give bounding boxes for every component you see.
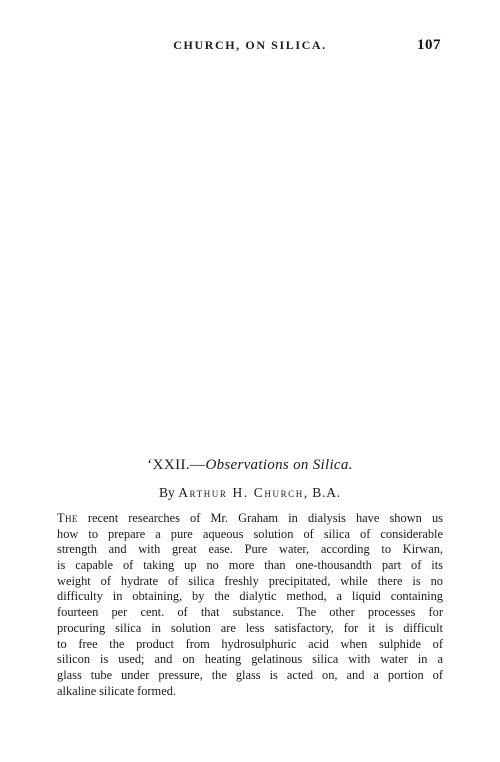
byline-suffix: , B.A. bbox=[304, 485, 341, 500]
body-line: silicon is used; and on heating gelatino… bbox=[57, 652, 443, 668]
page-number: 107 bbox=[417, 37, 441, 54]
article-title: ‘XXII.—Observations on Silica. bbox=[57, 456, 443, 475]
body-line: alkaline silicate formed. bbox=[57, 684, 443, 700]
scanned-journal-page: CHURCH, ON SILICA. 107 ‘XXII.—Observatio… bbox=[0, 0, 500, 762]
byline-prefix: By bbox=[159, 485, 178, 500]
running-head: CHURCH, ON SILICA. 107 bbox=[57, 38, 443, 56]
body-line: procuring silica in solution are less sa… bbox=[57, 621, 443, 637]
body-line: difficulty in obtaining, by the dialytic… bbox=[57, 589, 443, 605]
body-line: The recent researches of Mr. Graham in d… bbox=[57, 511, 443, 527]
byline-author: Arthur H. Church bbox=[178, 485, 304, 500]
byline: By Arthur H. Church, B.A. bbox=[57, 484, 443, 502]
lead-word: The bbox=[57, 511, 78, 525]
body-line: to free the product from hydrosulphuric … bbox=[57, 637, 443, 653]
running-title: CHURCH, ON SILICA. bbox=[57, 38, 443, 53]
body-line: fourteen per cent. of that substance. Th… bbox=[57, 605, 443, 621]
body-line: glass tube under pressure, the glass is … bbox=[57, 668, 443, 684]
body-line: strength and with great ease. Pure water… bbox=[57, 542, 443, 558]
article-title-text: Observations on Silica. bbox=[205, 457, 352, 473]
body-line-text: recent researches of Mr. Graham in dialy… bbox=[78, 511, 443, 525]
body-line: is capable of taking up no more than one… bbox=[57, 558, 443, 574]
article-title-number: ‘XXII.— bbox=[147, 457, 205, 473]
body-line: how to prepare a pure aqueous solution o… bbox=[57, 527, 443, 543]
body-paragraph: The recent researches of Mr. Graham in d… bbox=[57, 511, 443, 699]
body-line: weight of hydrate of silica freshly prec… bbox=[57, 574, 443, 590]
